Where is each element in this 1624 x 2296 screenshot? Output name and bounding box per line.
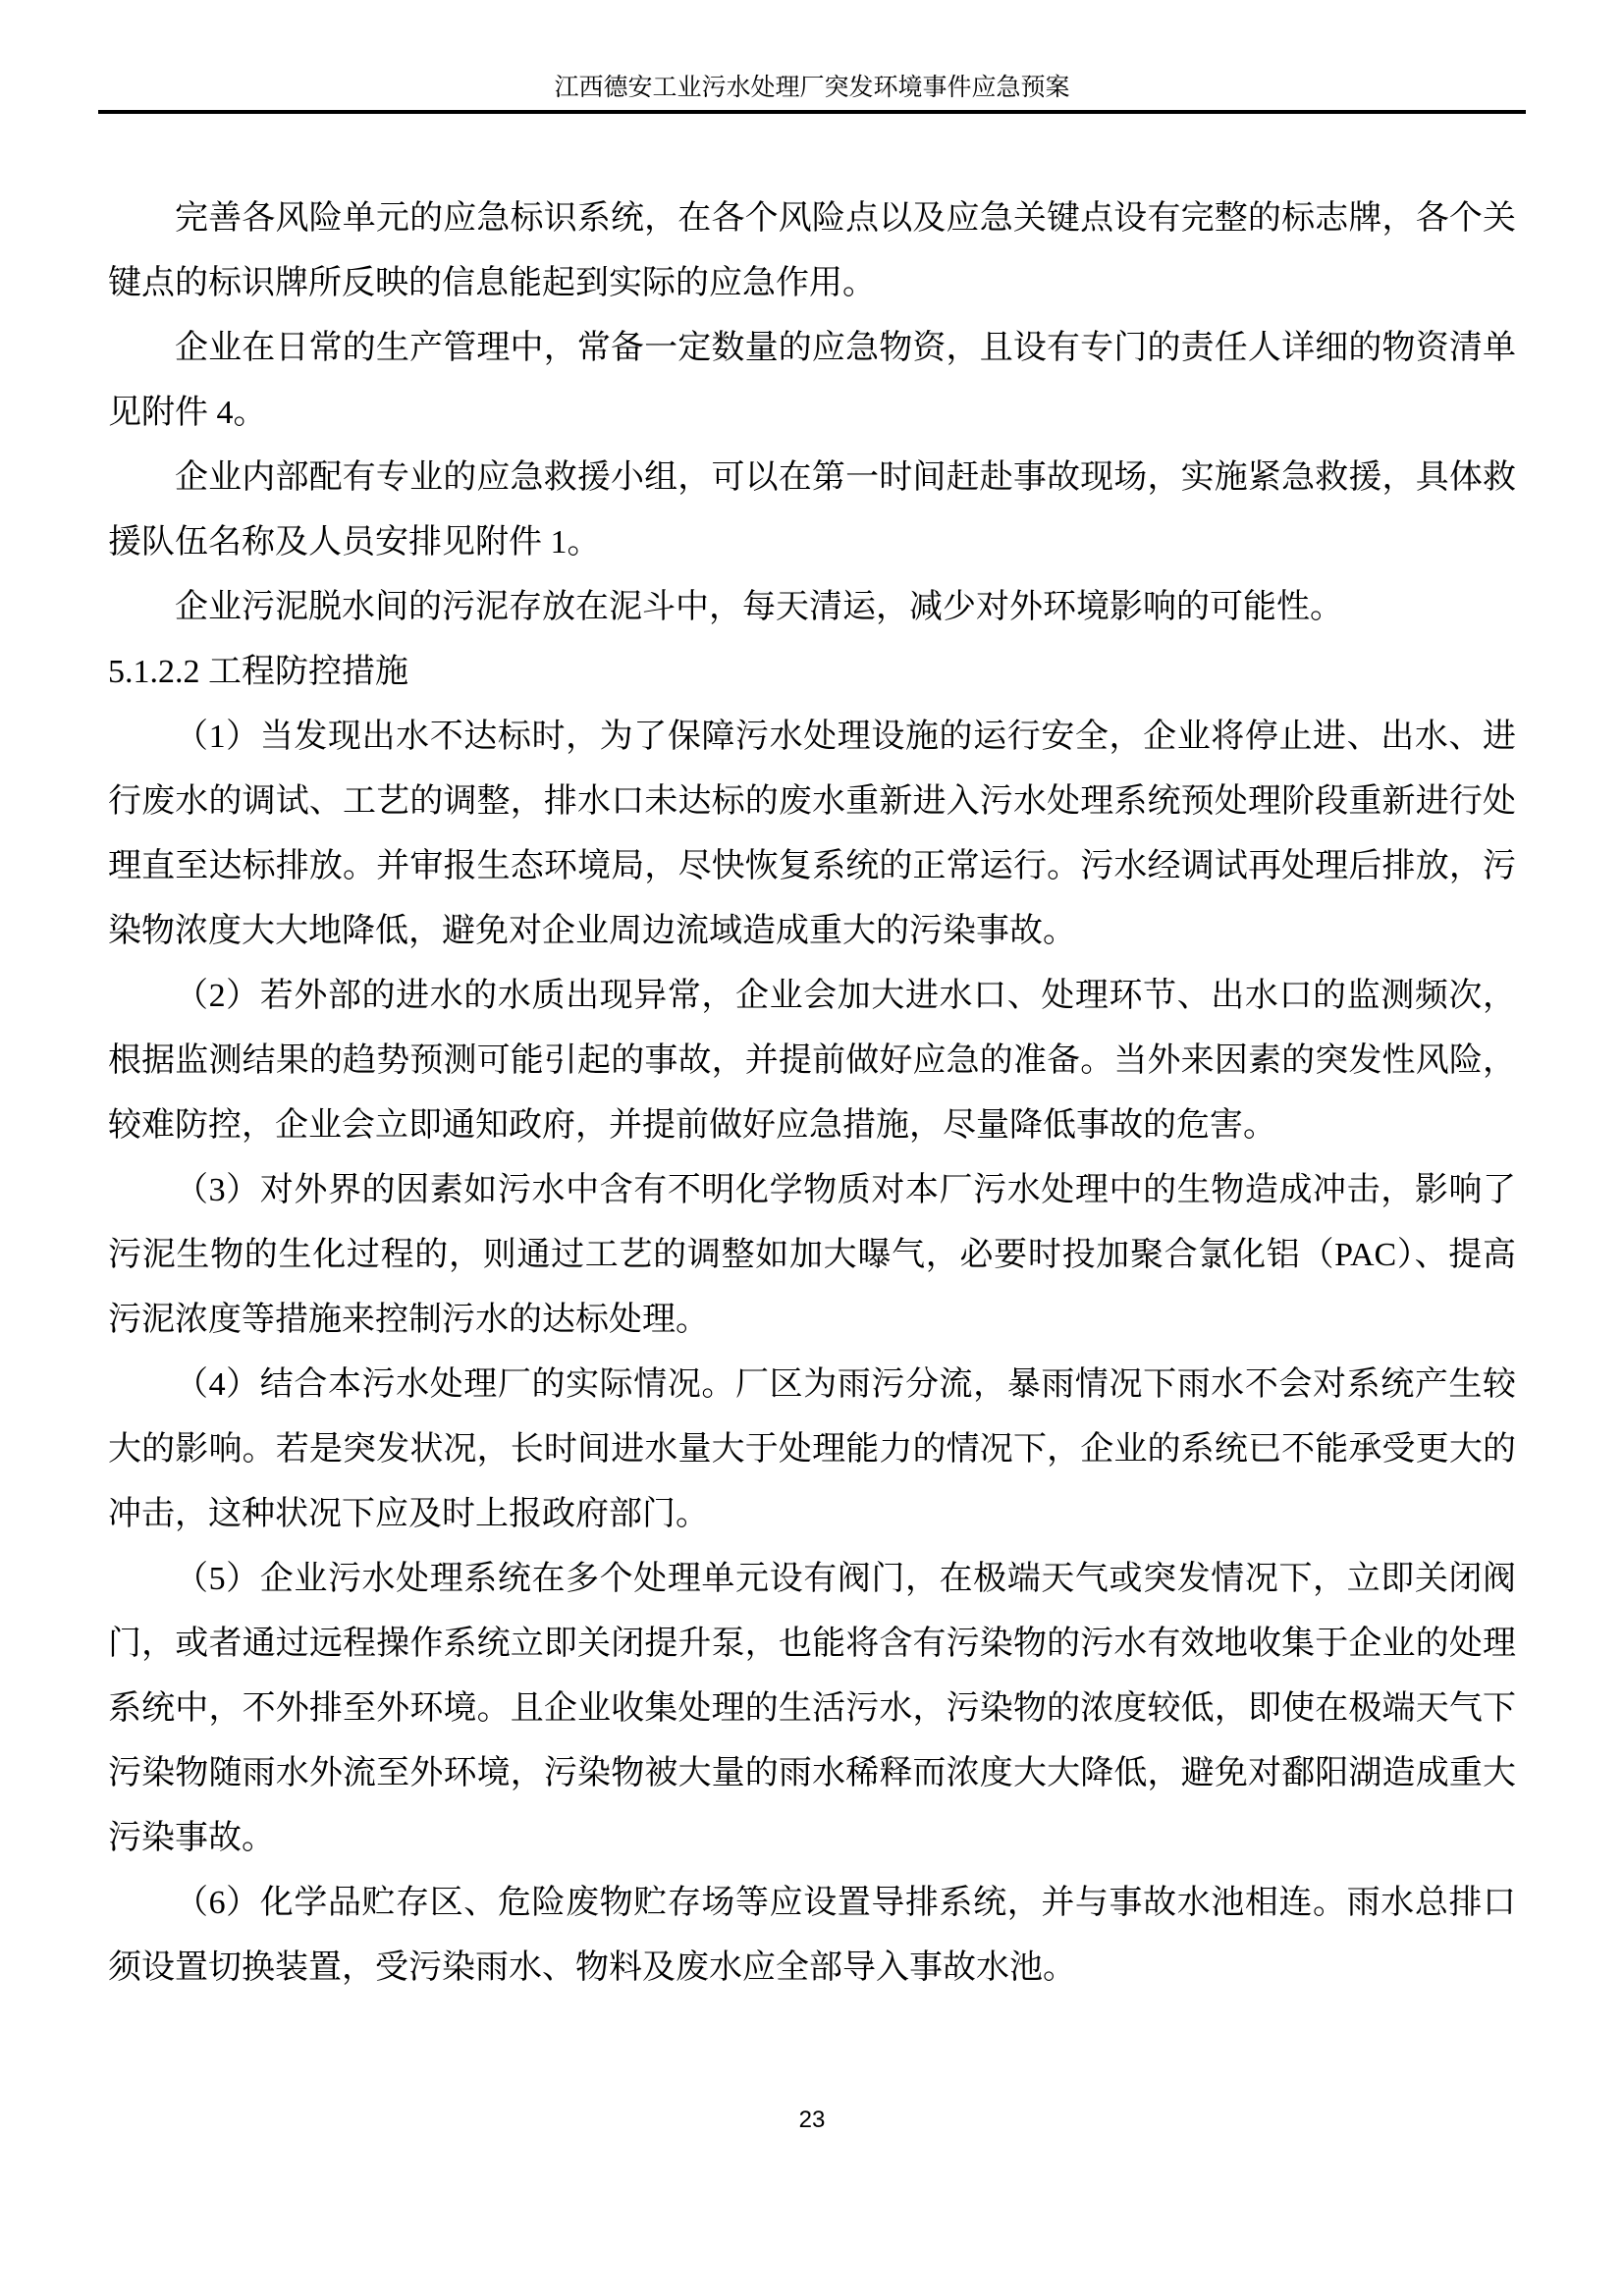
page-footer: 23 [0, 2107, 1624, 2134]
paragraph: 企业内部配有专业的应急救援小组，可以在第一时间赶赴事故现场，实施紧急救援，具体救… [108, 446, 1516, 575]
page-header: 江西德安工业污水处理厂突发环境事件应急预案 [98, 73, 1526, 114]
paragraph: （3）对外界的因素如污水中含有不明化学物质对本厂污水处理中的生物造成冲击，影响了… [108, 1158, 1516, 1353]
paragraph: 企业在日常的生产管理中，常备一定数量的应急物资，且设有专门的责任人详细的物资清单… [108, 316, 1516, 446]
section-heading: 5.1.2.2 工程防控措施 [108, 640, 1516, 705]
paragraph: （6）化学品贮存区、危险废物贮存场等应设置导排系统，并与事故水池相连。雨水总排口… [108, 1871, 1516, 2001]
paragraph: （5）企业污水处理系统在多个处理单元设有阀门，在极端天气或突发情况下，立即关闭阀… [108, 1547, 1516, 1871]
document-page: 江西德安工业污水处理厂突发环境事件应急预案 完善各风险单元的应急标识系统，在各个… [0, 0, 1624, 2296]
paragraph: （2）若外部的进水的水质出现异常，企业会加大进水口、处理环节、出水口的监测频次，… [108, 964, 1516, 1158]
page-number: 23 [799, 2107, 826, 2133]
paragraph: （1）当发现出水不达标时，为了保障污水处理设施的运行安全，企业将停止进、出水、进… [108, 705, 1516, 964]
paragraph: 完善各风险单元的应急标识系统，在各个风险点以及应急关键点设有完整的标志牌，各个关… [108, 187, 1516, 316]
header-title: 江西德安工业污水处理厂突发环境事件应急预案 [554, 75, 1069, 101]
document-body: 完善各风险单元的应急标识系统，在各个风险点以及应急关键点设有完整的标志牌，各个关… [108, 187, 1516, 2001]
paragraph: 企业污泥脱水间的污泥存放在泥斗中，每天清运，减少对外环境影响的可能性。 [108, 575, 1516, 640]
paragraph: （4）结合本污水处理厂的实际情况。厂区为雨污分流，暴雨情况下雨水不会对系统产生较… [108, 1353, 1516, 1547]
